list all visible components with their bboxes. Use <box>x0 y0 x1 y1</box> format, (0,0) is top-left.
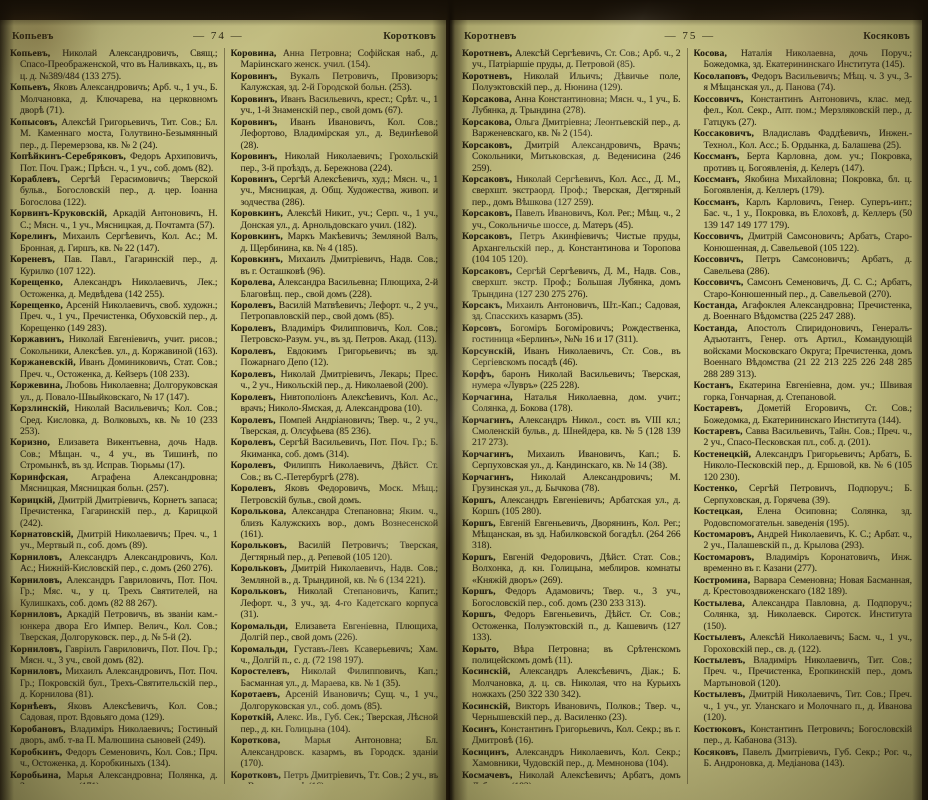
directory-entry: Косицинъ, Александръ Николаевичъ, Кол. С… <box>462 747 681 770</box>
entry-surname: Корещенко, <box>10 277 73 288</box>
directory-entry: Кореневъ, Пав. Павл., Гагаринскій пер., … <box>10 254 218 277</box>
entry-surname: Коровинъ, <box>231 174 281 185</box>
entry-surname: Коссманъ, <box>694 174 745 185</box>
entry-surname: Корелинъ, <box>10 231 63 242</box>
entry-surname: Костылевъ, <box>694 655 754 666</box>
directory-entry: Коровинъ, Вукалъ Петровичъ, Провизоръ; К… <box>231 71 439 94</box>
directory-entry: Костанда, Агафоклея Александровна; Пречи… <box>694 300 913 323</box>
directory-entry: Корсаковъ, Дмитрій Александровичъ, Врачъ… <box>462 140 681 174</box>
directory-entry: Корниловъ, Аркадій Петровичъ, въ званіи … <box>10 609 218 643</box>
entry-surname: Косяковъ, <box>694 747 743 758</box>
directory-entry: Копьевъ, Николай Александровичъ, Свящ.; … <box>10 48 218 82</box>
entry-surname: Корсаковъ, <box>462 174 516 185</box>
left-page: Копьевъ — 74 — Коротковъ Копьевъ, Никола… <box>0 20 446 800</box>
entry-surname: Короткій, <box>231 712 277 723</box>
directory-entry: Корчагинъ, Александръ Никол., сост. въ V… <box>462 415 681 449</box>
entry-surname: Костылева, <box>694 598 752 609</box>
directory-entry: Королевъ, Помпей Андріановичъ; Твер. ч.,… <box>231 415 439 438</box>
directory-entry: Костанда, Апостолъ Спиридоновичъ, Генера… <box>694 323 913 380</box>
entry-surname: Костанда, <box>694 323 747 334</box>
directory-entry: Корнатовскій, Дмитрій Николаевичъ; Преч.… <box>10 529 218 552</box>
directory-entry: Коссовичъ, Петръ Самсоновичъ; Арбатъ, д.… <box>694 254 913 277</box>
entry-surname: Королевъ, <box>231 415 280 426</box>
entry-surname: Космачевъ, <box>462 770 519 781</box>
entry-surname: Королевъ, <box>231 323 282 334</box>
directory-entry: Копѣйкинъ-Серебряковъ, Федоръ Архиповичъ… <box>10 151 218 174</box>
entry-surname: Королева, <box>231 277 278 288</box>
directory-entry: Коротневъ, Алексѣй Сергѣевичъ, Ст. Сов.;… <box>462 48 681 71</box>
directory-entry: Костаревъ, Дометій Егоровичъ, Ст. Сов.; … <box>694 403 913 426</box>
directory-entry: Коршъ, Федоръ Евгеньевичъ, Дѣйст. Ст. Со… <box>462 609 681 643</box>
entry-surname: Коровкинъ, <box>231 208 287 219</box>
entry-surname: Корсаковъ, <box>462 208 515 219</box>
entry-surname: Костюковъ, <box>694 724 751 735</box>
directory-entry: Корещенко, Арсеній Николаевичъ, своб. ху… <box>10 300 218 334</box>
right-page: Коротневъ — 75 — Косяковъ Коротневъ, Але… <box>450 20 922 800</box>
directory-entry: Коссманъ, Берта Карловна, дом. уч.; Покр… <box>694 151 913 174</box>
entry-surname: Кореневъ, <box>10 254 64 265</box>
entry-surname: Костенко, <box>694 483 750 494</box>
entry-surname: Корниловъ, <box>10 644 65 655</box>
entry-surname: Корзлинскій, <box>10 403 74 414</box>
directory-entry: Королевъ, Нивтополіонъ Алексѣевичъ, Кол.… <box>231 392 439 415</box>
directory-entry: Корсаковъ, Сергѣй Сергѣевичъ, Д. М., Над… <box>462 266 681 300</box>
left-page-column-1: Копьевъ, Николай Александровичъ, Свящ.; … <box>10 48 218 784</box>
entry-surname: Копѣйкинъ-Серебряковъ, <box>10 151 130 162</box>
directory-entry: Корсовъ, Богоміръ Богоміровичъ; Рождеств… <box>462 323 681 346</box>
directory-entry: Корсакова, Ольга Дмитріевна; Леонтьевскі… <box>462 117 681 140</box>
directory-entry: Косова, Наталія Николаевна, дочь Поруч.;… <box>694 48 913 71</box>
entry-surname: Корольковъ, <box>231 563 292 574</box>
running-head-last-entry: Косяковъ <box>863 31 910 42</box>
directory-entry: Коротаевъ, Арсеній Ивановичъ; Сущ. ч., 1… <box>231 689 439 712</box>
entry-surname: Костецкая, <box>694 506 757 517</box>
entry-surname: Королевъ, <box>231 392 281 403</box>
entry-surname: Корсунскій, <box>462 346 524 357</box>
entry-surname: Костанъ, <box>694 380 739 391</box>
directory-entry: Королева, Александра Васильевна; Плющиха… <box>231 277 439 300</box>
directory-entry: Королевъ, Василій Матвѣевичъ; Лефорт. ч.… <box>231 300 439 323</box>
directory-entry: Косинскій, Викторъ Ивановичъ, Полков.; Т… <box>462 701 681 724</box>
directory-entry: Костенецкій, Александръ Григорьевичъ; Ар… <box>694 449 913 483</box>
directory-entry: Коршъ, Александръ Евгеніевичъ; Арбатская… <box>462 495 681 518</box>
directory-entry: Коссаковичъ, Владиславъ Фаддѣевичъ, Инже… <box>694 128 913 151</box>
directory-entry: Костюковъ, Константинъ Петровичъ; Богосл… <box>694 724 913 747</box>
entry-surname: Коршъ, <box>462 609 504 620</box>
entry-surname: Коромальди, <box>231 644 295 655</box>
right-page-columns: Коротневъ, Алексѣй Сергѣевичъ, Ст. Сов.;… <box>462 48 912 784</box>
directory-entry: Коржевина, Любовь Николаевна; Долгоруков… <box>10 380 218 403</box>
directory-entry: Коссманъ, Карлъ Карловичъ, Генер. Суперъ… <box>694 197 913 231</box>
directory-entry: Коржавинъ, Николай Евгеніевичъ, учит. ри… <box>10 334 218 357</box>
entry-surname: Коссовичъ, <box>694 254 756 265</box>
directory-entry: Костомаровъ, Владиміръ Коронатовичъ, Инж… <box>694 552 913 575</box>
entry-surname: Короткова, <box>231 735 305 746</box>
directory-entry: Коринфская, Аграфена Александровна; Мясн… <box>10 472 218 495</box>
entry-surname: Копысовъ, <box>10 117 61 128</box>
entry-surname: Костылевъ, <box>694 689 749 700</box>
entry-surname: Королевъ, <box>231 346 287 357</box>
directory-entry: Королевъ, Николай Дмитріевичъ, Лекарь; П… <box>231 369 439 392</box>
entry-surname: Костромина, <box>694 575 754 586</box>
directory-entry: Коссманъ, Якобина Михайловна; Покровка, … <box>694 174 913 197</box>
directory-entry: Коровкинъ, Алексѣй Никит., уч.; Серп. ч.… <box>231 208 439 231</box>
directory-entry: Костанъ, Екатерина Евгеніевна, дом. уч.;… <box>694 380 913 403</box>
directory-entry: Королевъ, Сергѣй Васильевичъ, Пот. Поч. … <box>231 437 439 460</box>
directory-entry: Коротковъ, Петръ Дмитріевичъ, Тт. Сов.; … <box>231 770 439 784</box>
entry-surname: Корфъ, <box>462 369 502 380</box>
entry-surname: Королевъ, <box>231 483 285 494</box>
directory-entry: Коротневъ, Николай Ильичъ; Дѣвичье поле,… <box>462 71 681 94</box>
directory-entry: Коровинъ, Иванъ Васильевичъ, крест.; Срѣ… <box>231 94 439 117</box>
directory-entry: Коробкинъ, Федоръ Семеновичъ, Кол. Сов.;… <box>10 747 218 770</box>
entry-surname: Коссовичъ, <box>694 277 747 288</box>
entry-surname: Корнатовскій, <box>10 529 77 540</box>
directory-entry: Костенко, Сергѣй Петровичъ, Подпоруч.; Б… <box>694 483 913 506</box>
entry-surname: Корсакъ, <box>462 300 506 311</box>
directory-entry: Корзлинскій, Николай Васильевичъ; Кол. С… <box>10 403 218 437</box>
directory-entry: Копысовъ, Алексѣй Григорьевичъ, Тит. Сов… <box>10 117 218 151</box>
entry-surname: Коромальди, <box>231 621 296 632</box>
directory-entry: Корвинъ-Круковскій, Аркадій Антоновичъ, … <box>10 208 218 231</box>
directory-entry: Коссовичъ, Дмитрій Самсоновичъ; Арбатъ, … <box>694 231 913 254</box>
entry-surname: Костомаровъ, <box>694 552 766 563</box>
entry-surname: Коротаевъ, <box>231 689 286 700</box>
directory-entry: Корчагинъ, Николай Александровичъ; М. Гр… <box>462 472 681 495</box>
entry-surname: Коровинъ, <box>231 117 291 128</box>
directory-entry: Корелинъ, Михаилъ Сергѣевичъ, Кол. Ас.; … <box>10 231 218 254</box>
entry-surname: Коровина, <box>231 48 283 59</box>
directory-entry: Корсаковъ, Петръ Акинфіевичъ; Чистые пру… <box>462 231 681 265</box>
entry-surname: Коржаневскій, <box>10 357 79 368</box>
directory-entry: Коровкинъ, Михаилъ Дмитріевичъ, Надв. Со… <box>231 254 439 277</box>
entry-surname: Коршъ, <box>462 552 503 563</box>
entry-surname: Косинскій, <box>462 701 515 712</box>
directory-entry: Коржаневскій, Иванъ Доминиковичъ, Стат. … <box>10 357 218 380</box>
directory-entry: Корсунскій, Иванъ Николаевичъ, Ст. Сов.,… <box>462 346 681 369</box>
entry-surname: Коровинъ, <box>231 71 291 82</box>
entry-surname: Корещенко, <box>10 300 66 311</box>
directory-entry: Костылевъ, Дмитрій Николаевичъ, Тит. Сов… <box>694 689 913 723</box>
directory-entry: Коссовичъ, Самсонъ Семеновичъ, Д. С. С.;… <box>694 277 913 300</box>
entry-surname: Коростелевъ, <box>231 666 302 677</box>
entry-surname: Корыто, <box>462 644 513 655</box>
directory-entry: Косинъ, Константинъ Григорьевичъ, Кол. С… <box>462 724 681 747</box>
directory-entry: Коровкинъ, Маркъ Макѣевичъ; Земляной Вал… <box>231 231 439 254</box>
column-divider <box>224 48 225 784</box>
directory-entry: Корсаковъ, Павелъ Ивановичъ, Кол. Рег.; … <box>462 208 681 231</box>
directory-entry: Короткій, Алекс. Ив., Губ. Сек.; Тверска… <box>231 712 439 735</box>
entry-surname: Косицинъ, <box>462 747 515 758</box>
entry-surname: Коровинъ, <box>231 151 285 162</box>
directory-entry: Косяковъ, Павелъ Дмитріевичъ, Губ. Секр.… <box>694 747 913 770</box>
entry-surname: Косинъ, <box>462 724 500 735</box>
entry-surname: Коршъ, <box>462 518 500 529</box>
directory-entry: Корольковъ, Василій Петровичъ; Тверская,… <box>231 540 439 563</box>
directory-entry: Костаревъ, Савва Васильевичъ, Тайн. Сов.… <box>694 426 913 449</box>
entry-surname: Коссманъ, <box>694 151 747 162</box>
directory-entry: Корсакова, Анна Константиновна; Мясн. ч.… <box>462 94 681 117</box>
running-head-first-entry: Копьевъ <box>12 31 54 42</box>
entry-surname: Коршъ, <box>462 586 505 597</box>
directory-entry: Коршъ, Федоръ Адамовичъ; Твер. ч., 3 уч.… <box>462 586 681 609</box>
running-head-last-entry: Коротковъ <box>383 31 436 42</box>
directory-entry: Коробьина, Марья Александровна; Полянка,… <box>10 770 218 784</box>
directory-entry: Коровинъ, Николай Николаевичъ; Грохольск… <box>231 151 439 174</box>
directory-entry: Костецкая, Елена Осиповна; Солянка, зд. … <box>694 506 913 529</box>
entry-surname: Королевъ, <box>231 369 281 380</box>
left-page-column-2: Коровина, Анна Петровна; Софійская наб.,… <box>231 48 439 784</box>
entry-surname: Корниловъ, <box>10 552 69 563</box>
entry-surname: Коробановъ, <box>10 724 70 735</box>
entry-surname: Костанда, <box>694 300 742 311</box>
entry-surname: Корсакова, <box>462 117 515 128</box>
directory-entry: Кораблевъ, Сергѣй Герасимовичъ; Тверской… <box>10 174 218 208</box>
entry-surname: Копьевъ, <box>10 48 62 59</box>
entry-surname: Коржевина, <box>10 380 66 391</box>
entry-surname: Костомаровъ, <box>694 529 757 540</box>
directory-entry: Королевъ, Яковъ Федоровичъ, Моск. Мѣщ.; … <box>231 483 439 506</box>
directory-entry: Корольковъ, Дмитрій Николаевичъ, Надв. С… <box>231 563 439 586</box>
entry-surname: Коробкинъ, <box>10 747 66 758</box>
directory-entry: Королевъ, Филиппъ Николаевичъ, Дѣйст. Ст… <box>231 460 439 483</box>
page-number-75: — 75 — <box>665 30 716 42</box>
entry-surname: Корсаковъ, <box>462 140 525 151</box>
directory-entry: Косинскій, Александръ Алексѣевичъ, Діак.… <box>462 666 681 700</box>
directory-entry: Корфъ, баронъ Николай Васильевичъ; Тверс… <box>462 369 681 392</box>
directory-entry: Королькова, Александра Степановна; Яким.… <box>231 506 439 540</box>
left-page-columns: Копьевъ, Николай Александровичъ, Свящ.; … <box>10 48 438 784</box>
directory-entry: Короткова, Марья Антоновна; Бл. Александ… <box>231 735 439 769</box>
entry-surname: Костаревъ, <box>694 403 758 414</box>
entry-surname: Костылевъ, <box>694 632 750 643</box>
entry-surname: Корсаковъ, <box>462 266 516 277</box>
entry-surname: Костенецкій, <box>694 449 756 460</box>
running-head-first-entry: Коротневъ <box>464 31 517 42</box>
page-number-74: — 74 — <box>193 30 244 42</box>
entry-surname: Коротневъ, <box>462 71 524 82</box>
directory-entry: Корниловъ, Александръ Гавриловичъ, Пот. … <box>10 575 218 609</box>
directory-entry: Косолаповъ, Федоръ Васильевичъ; Мѣщ. ч. … <box>694 71 913 94</box>
directory-entry: Коршъ, Евгеній Федоровичъ, Дѣйст. Стат. … <box>462 552 681 586</box>
entry-surname: Королевъ, <box>231 437 280 448</box>
directory-entry: Коробановъ, Владиміръ Николаевичъ; Гости… <box>10 724 218 747</box>
entry-surname: Коробьина, <box>10 770 67 781</box>
entry-surname: Коровкинъ, <box>231 254 289 265</box>
left-page-header: Копьевъ — 74 — Коротковъ <box>12 30 436 42</box>
directory-entry: Коровинъ, Иванъ Ивановичъ, Кол. Сов.; Ле… <box>231 117 439 151</box>
entry-surname: Коринфская, <box>10 472 91 483</box>
directory-entry: Коровинъ, Сергѣй Алексѣевичъ, худ.; Мясн… <box>231 174 439 208</box>
entry-surname: Королевъ, <box>231 460 284 471</box>
directory-entry: Корнѣевъ, Яковъ Алексѣевичъ, Кол. Сов.; … <box>10 701 218 724</box>
entry-surname: Косолаповъ, <box>694 71 752 82</box>
directory-entry: Костылевъ, Владиміръ Николаевичъ, Тит. С… <box>694 655 913 689</box>
directory-entry: Коровина, Анна Петровна; Софійская наб.,… <box>231 48 439 71</box>
entry-surname: Корниловъ, <box>10 609 67 620</box>
right-page-header: Коротневъ — 75 — Косяковъ <box>464 30 910 42</box>
entry-surname: Корсовъ, <box>462 323 510 334</box>
column-divider <box>687 48 688 784</box>
directory-entry: Корниловъ, Михаилъ Александровичъ, Пот. … <box>10 666 218 700</box>
entry-surname: Коссманъ, <box>694 197 746 208</box>
entry-surname: Корсакова, <box>462 94 514 105</box>
directory-entry: Корицкій, Дмитрій Дмитріевичъ, Корнетъ з… <box>10 495 218 529</box>
entry-surname: Косова, <box>694 48 741 59</box>
directory-entry: Корыто, Вѣра Петровна; въ Срѣтенскомъ по… <box>462 644 681 667</box>
directory-entry: Космачевъ, Николай Алексѣевичъ; Арбатъ, … <box>462 770 681 784</box>
entry-surname: Корольковъ, <box>231 586 298 597</box>
entry-surname: Корниловъ, <box>10 575 66 586</box>
entry-surname: Коротковъ, <box>231 770 284 781</box>
directory-entry: Копьевъ, Яковъ Александровичъ; Арб. ч., … <box>10 82 218 116</box>
entry-surname: Коротневъ, <box>462 48 515 59</box>
right-page-column-1: Коротневъ, Алексѣй Сергѣевичъ, Ст. Сов.;… <box>462 48 681 784</box>
directory-entry: Корещенко, Александръ Николаевичъ, Лек.;… <box>10 277 218 300</box>
entry-surname: Копьевъ, <box>10 82 53 93</box>
entry-surname: Коровинъ, <box>231 94 281 105</box>
directory-entry: Костылевъ, Алексѣй Николаевичъ; Басм. ч.… <box>694 632 913 655</box>
directory-entry: Коссовичъ, Константинъ Антоновичъ, клас.… <box>694 94 913 128</box>
entry-surname: Корвинъ-Круковскій, <box>10 208 113 219</box>
entry-surname: Коршъ, <box>462 495 500 506</box>
entry-surname: Корнѣевъ, <box>10 701 67 712</box>
directory-entry: Корчагинъ, Михаилъ Ивановичъ, Кап.; Б. С… <box>462 449 681 472</box>
directory-entry: Королевъ, Евдокимъ Григорьевичъ; въ зд. … <box>231 346 439 369</box>
entry-surname: Коссаковичъ, <box>694 128 763 139</box>
entry-surname: Корсаковъ, <box>462 231 520 242</box>
directory-entry: Костылева, Александра Павловна, д. Подпо… <box>694 598 913 632</box>
book-scan-photo: Копьевъ — 74 — Коротковъ Копьевъ, Никола… <box>0 0 928 800</box>
entry-surname: Коржавинъ, <box>10 334 69 345</box>
directory-entry: Корсакъ, Михаилъ Антоновичъ, Шт.-Кап.; С… <box>462 300 681 323</box>
entry-surname: Корчагинъ, <box>462 472 531 483</box>
directory-entry: Коромальди, Густавъ-Левъ Ксаверьевичъ; Х… <box>231 644 439 667</box>
entry-surname: Корчагина, <box>462 392 524 403</box>
entry-surname: Корчагинъ, <box>462 449 527 460</box>
entry-surname: Корицкій, <box>10 495 58 506</box>
entry-surname: Косинскій, <box>462 666 520 677</box>
entry-surname: Коризно, <box>10 437 58 448</box>
right-page-column-2: Косова, Наталія Николаевна, дочь Поруч.;… <box>694 48 913 784</box>
entry-surname: Корниловъ, <box>10 666 65 677</box>
entry-surname: Коровкинъ, <box>231 231 288 242</box>
directory-entry: Корсаковъ, Николай Сергѣевичъ, Кол. Асс.… <box>462 174 681 208</box>
directory-entry: Коромальди, Елизавета Евгеніевна, Плющих… <box>231 621 439 644</box>
directory-entry: Корольковъ, Николай Степановичъ, Капит.;… <box>231 586 439 620</box>
directory-entry: Коршъ, Евгеній Евгеньевичъ, Дворянинъ, К… <box>462 518 681 552</box>
directory-entry: Корниловъ, Александръ Александровичъ, Ко… <box>10 552 218 575</box>
directory-entry: Корчагина, Наталья Николаевна, дом. учит… <box>462 392 681 415</box>
directory-entry: Костромина, Варвара Семеновна; Новая Бас… <box>694 575 913 598</box>
entry-surname: Коссовичъ, <box>694 94 751 105</box>
directory-entry: Коризно, Елизавета Викентьевна, дочь Над… <box>10 437 218 471</box>
directory-entry: Корниловъ, Гавріилъ Гавриловичъ, Пот. По… <box>10 644 218 667</box>
entry-surname: Кораблевъ, <box>10 174 71 185</box>
entry-surname: Корольковъ, <box>231 540 299 551</box>
directory-entry: Костомаровъ, Андрей Николаевичъ, К. С.; … <box>694 529 913 552</box>
entry-surname: Королевъ, <box>231 300 279 311</box>
directory-entry: Коростелевъ, Николай Филипповичъ, Кап.; … <box>231 666 439 689</box>
entry-surname: Костаревъ, <box>694 426 746 437</box>
entry-surname: Коссовичъ, <box>694 231 749 242</box>
entry-surname: Королькова, <box>231 506 292 517</box>
directory-entry: Королевъ, Владиміръ Филипповичъ, Кол. Со… <box>231 323 439 346</box>
entry-surname: Корчагинъ, <box>462 415 519 426</box>
